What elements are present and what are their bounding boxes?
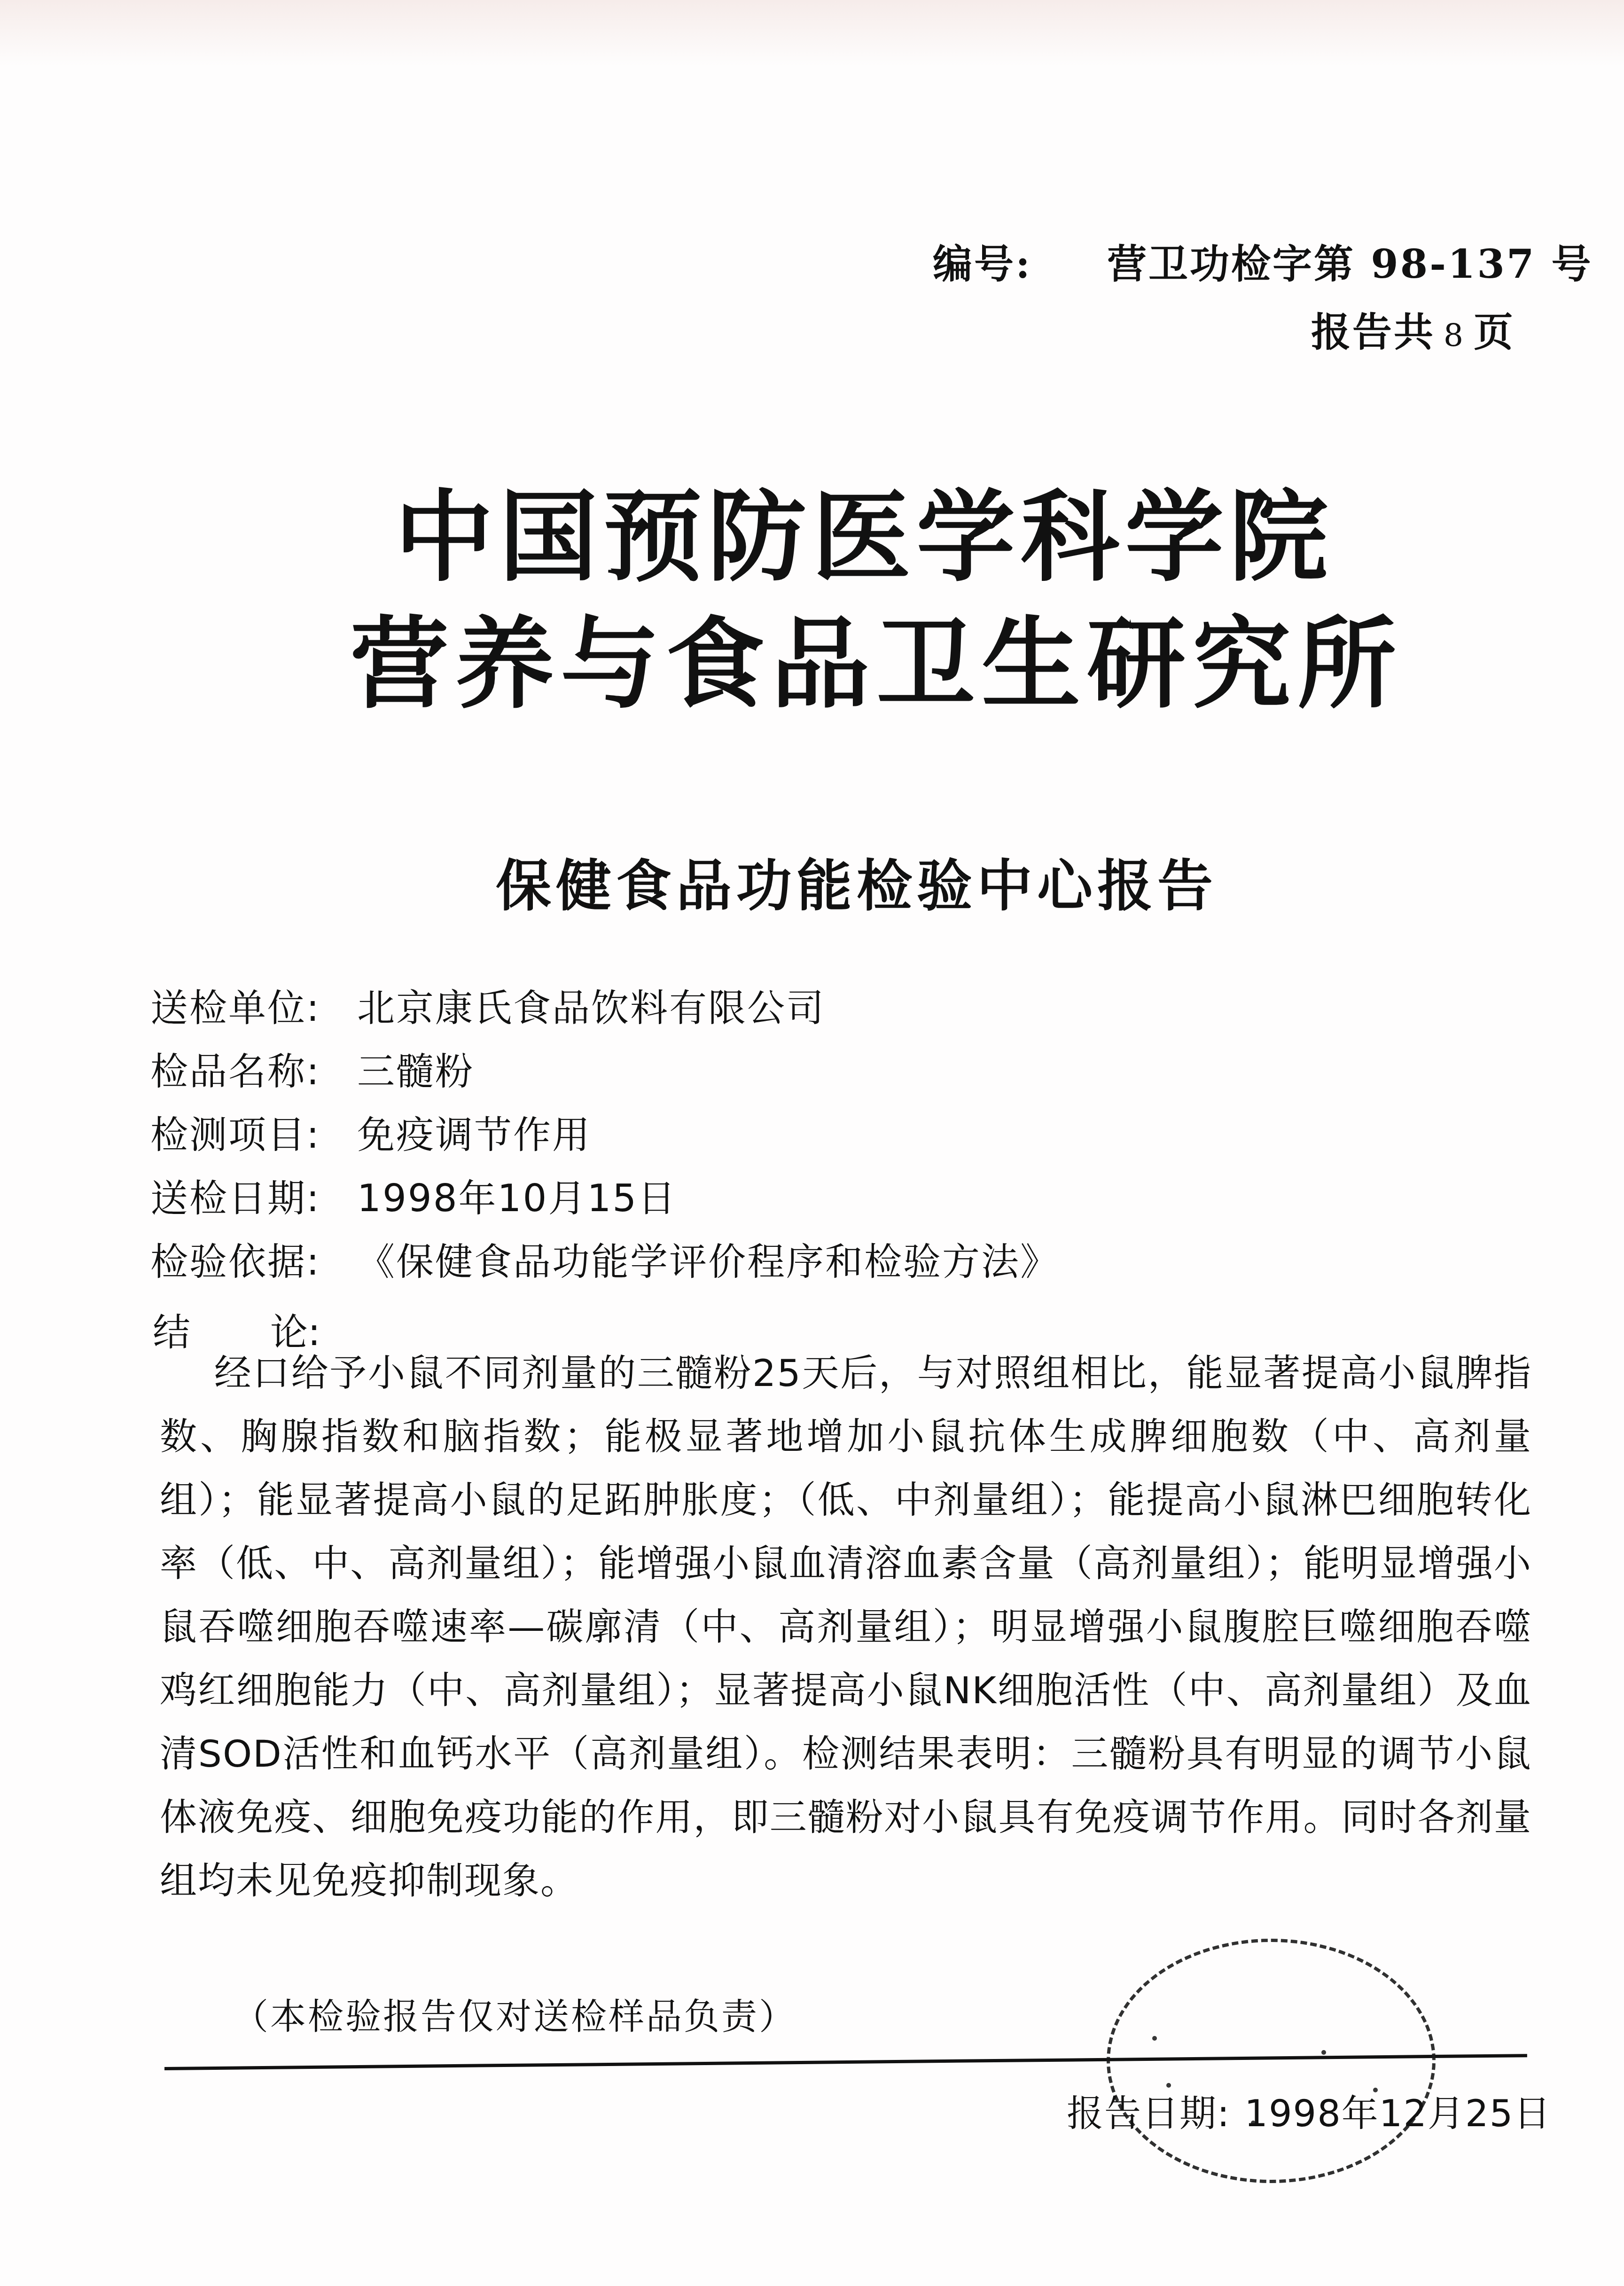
report-number-label: 编号: — [933, 241, 1032, 287]
field-value: 免疫调节作用 — [357, 1104, 591, 1159]
paper-edge-tint — [0, 0, 1624, 66]
page-count-number: 8 — [1444, 317, 1465, 353]
field-label: 送检单位: — [150, 978, 357, 1032]
field-value: 北京康氏食品饮料有限公司 — [357, 978, 825, 1032]
field-label: 检验依据: — [150, 1231, 357, 1285]
field-label: 检测项目: — [150, 1104, 357, 1159]
field-value: 三髓粉 — [357, 1041, 474, 1095]
field-label: 送检日期: — [150, 1168, 357, 1222]
info-fields: 送检单位: 北京康氏食品饮料有限公司 检品名称: 三髓粉 检测项目: 免疫调节作… — [150, 978, 1059, 1295]
report-date: 报告日期:1998年12月25日 — [1067, 2084, 1551, 2137]
report-number-value: 营卫功检字第 98-137 号 — [1107, 241, 1593, 287]
report-title: 保健食品功能检验中心报告 — [496, 841, 1218, 921]
field-value: 《保健食品功能学评价程序和检验方法》 — [357, 1231, 1059, 1285]
report-date-value: 1998年12月25日 — [1244, 2093, 1551, 2135]
field-test-item: 检测项目: 免疫调节作用 — [150, 1104, 1059, 1168]
report-number: 编号:营卫功检字第 98-137 号 — [933, 233, 1593, 290]
disclaimer: （本检验报告仅对送检样品负责） — [233, 1988, 796, 2039]
page-count: 报告共8页 — [1311, 301, 1515, 358]
institute-title-line-1: 中国预防医学科学院 — [395, 458, 1334, 600]
conclusion-body: 经口给予小鼠不同剂量的三髓粉25天后，与对照组相比，能显著提高小鼠脾指数、胸腺指… — [160, 1352, 1532, 1902]
field-value: 1998年10月15日 — [357, 1168, 677, 1222]
field-sample-name: 检品名称: 三髓粉 — [150, 1041, 1059, 1104]
page-count-suffix: 页 — [1474, 309, 1515, 355]
page-count-prefix: 报告共 — [1311, 309, 1435, 355]
field-label: 检品名称: — [150, 1041, 357, 1095]
report-date-label: 报告日期: — [1067, 2093, 1230, 2135]
field-submitting-unit: 送检单位: 北京康氏食品饮料有限公司 — [150, 978, 1059, 1041]
field-test-basis: 检验依据: 《保健食品功能学评价程序和检验方法》 — [150, 1231, 1059, 1295]
institute-title-line-2: 营养与食品卫生研究所 — [350, 585, 1403, 727]
conclusion-text: 经口给予小鼠不同剂量的三髓粉25天后，与对照组相比，能显著提高小鼠脾指数、胸腺指… — [160, 1342, 1532, 1913]
official-seal-stamp — [1107, 1939, 1436, 2183]
field-submission-date: 送检日期: 1998年10月15日 — [150, 1168, 1059, 1231]
